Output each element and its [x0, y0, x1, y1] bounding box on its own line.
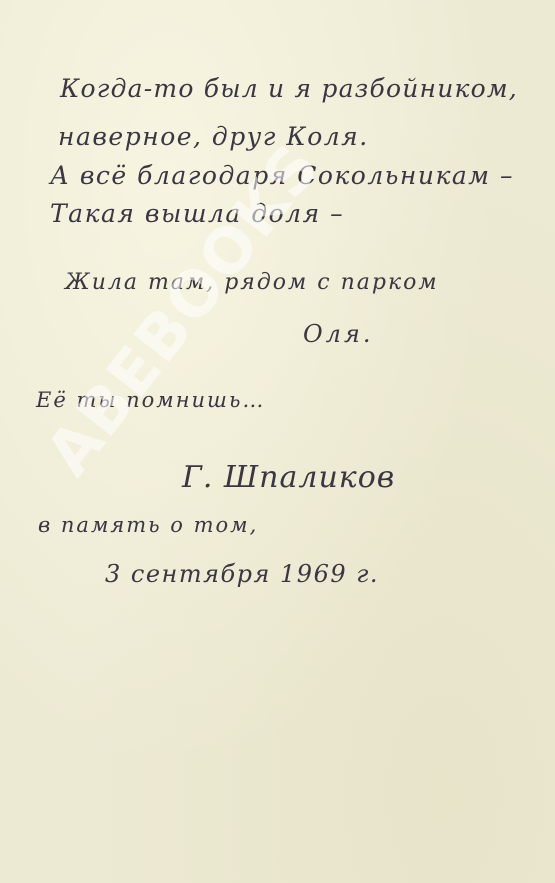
poem-line-2: наверное, друг Коля. — [58, 122, 369, 151]
manuscript-page: Когда-то был и я разбойником, наверное, … — [0, 0, 555, 883]
author-signature: Г. Шпаликов — [182, 460, 395, 495]
inscription-date: 3 сентября 1969 г. — [105, 560, 379, 588]
poem-line-4: Такая вышла доля – — [50, 199, 344, 228]
poem-line-5: Жила там, рядом с парком — [65, 270, 439, 295]
memory-note: в память о том, — [38, 513, 258, 537]
dedication-line: Её ты помнишь… — [36, 388, 265, 412]
poem-line-6: Оля. — [303, 320, 373, 348]
poem-line-1: Когда-то был и я разбойником, — [60, 74, 518, 103]
poem-line-3: А всё благодаря Сокольникам – — [50, 161, 514, 190]
